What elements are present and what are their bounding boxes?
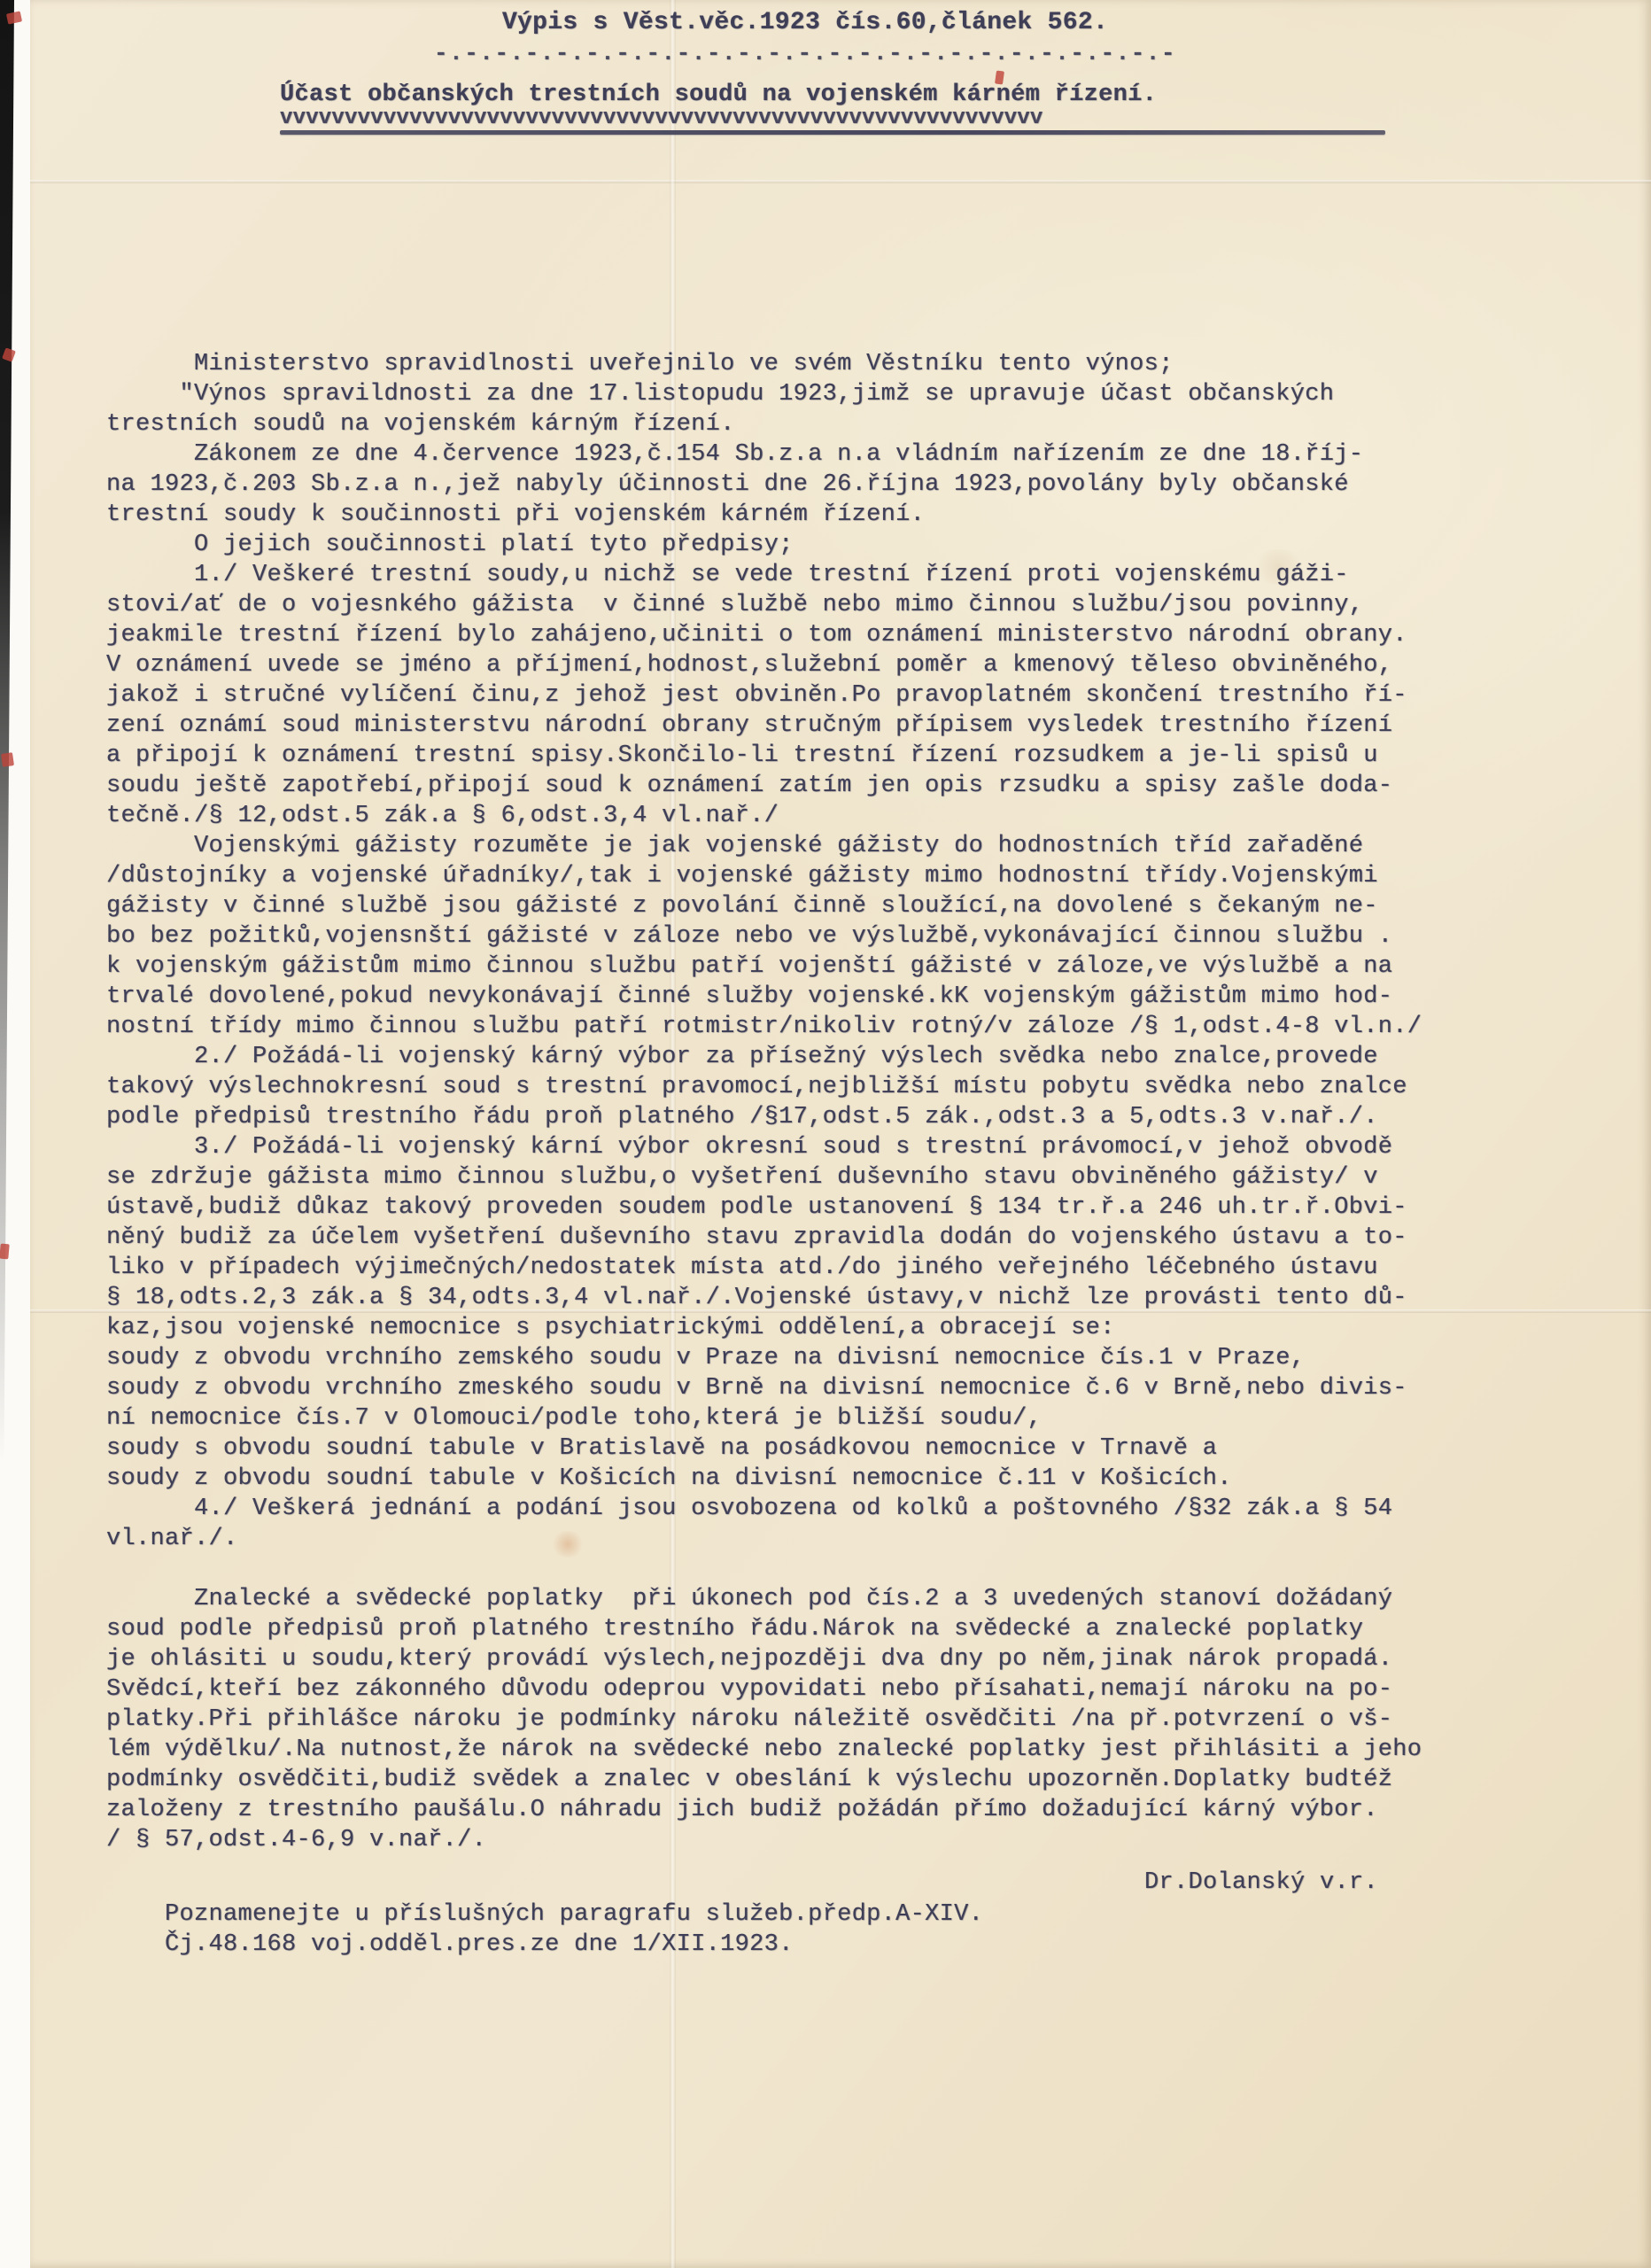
text-line: ústavě,budiž důkaz takový proveden soude… xyxy=(106,1192,1523,1223)
text-line: nostní třídy mimo činnou službu patří ro… xyxy=(106,1012,1523,1042)
text-line: na 1923,č.203 Sb.z.a n.,jež nabyly účinn… xyxy=(106,470,1523,500)
text-line: se zdržuje gážista mimo činnou službu,o … xyxy=(106,1162,1523,1192)
text-line: Ministerstvo spravidlnosti uveřejnilo ve… xyxy=(106,349,1523,379)
text-line: ní nemocnice čís.7 v Olomouci/podle toho… xyxy=(106,1403,1523,1433)
text-line: liko v případech výjimečných/nedostatek … xyxy=(106,1253,1523,1283)
title-underline-bar xyxy=(280,130,1385,135)
text-line: zení oznámí soud ministerstvu národní ob… xyxy=(106,711,1523,741)
text-line: soudu ještě zapotřebí,připojí soud k ozn… xyxy=(106,771,1523,801)
text-line: 1./ Veškeré trestní soudy,u nichž se ved… xyxy=(106,560,1523,590)
text-line: vl.nař./. xyxy=(106,1524,1523,1554)
text-line: /důstojníky a vojenské úřadníky/,tak i v… xyxy=(106,861,1523,891)
text-line: soudy z obvodu vrchního zemského soudu v… xyxy=(106,1343,1523,1373)
footer-reference: Čj.48.168 voj.odděl.pres.ze dne 1/XII.19… xyxy=(106,1930,1523,1960)
text-line: založeny z trestního paušálu.O náhradu j… xyxy=(106,1795,1523,1825)
text-line: Svědcí,kteří bez zákonného důvodu odepro… xyxy=(106,1674,1523,1705)
document-header: Výpis s Věst.věc.1923 čís.60,článek 562.… xyxy=(252,9,1359,66)
text-line: soudy z obvodu vrchního zmeského soudu v… xyxy=(106,1373,1523,1403)
red-ink-mark xyxy=(1,752,14,767)
text-line xyxy=(106,1554,1523,1584)
document-title: Účast občanských trestních soudů na voje… xyxy=(280,82,1396,108)
text-line: kaz,jsou vojenské nemocnice s psychiatri… xyxy=(106,1313,1523,1343)
text-line: gážisty v činné službě jsou gážisté z po… xyxy=(106,891,1523,921)
text-line: soudy s obvodu soudní tabule v Bratislav… xyxy=(106,1433,1523,1464)
text-line: 3./ Požádá-li vojenský kární výbor okres… xyxy=(106,1132,1523,1162)
text-line: soudy z obvodu soudní tabule v Košicích … xyxy=(106,1464,1523,1494)
red-ink-mark xyxy=(0,1244,10,1260)
document-title-block: Účast občanských trestních soudů na voje… xyxy=(280,82,1396,135)
text-line: je ohlásiti u soudu,který provádí výslec… xyxy=(106,1644,1523,1674)
footer-block: Poznamenejte u příslušných paragrafu slu… xyxy=(106,1899,1523,1960)
text-line: tečně./§ 12,odst.5 zák.a § 6,odst.3,4 vl… xyxy=(106,801,1523,831)
text-line: § 18,odts.2,3 zák.a § 34,odts.3,4 vl.nař… xyxy=(106,1283,1523,1313)
text-line: podmínky osvědčiti,budiž svědek a znalec… xyxy=(106,1765,1523,1795)
text-line: O jejich součinnosti platí tyto předpisy… xyxy=(106,530,1523,560)
text-line: bo bez požitků,vojensnští gážisté v zálo… xyxy=(106,921,1523,951)
text-line: takový výslechnokresní soud s trestní pr… xyxy=(106,1072,1523,1102)
text-line: 4./ Veškerá jednání a podání jsou osvobo… xyxy=(106,1494,1523,1524)
text-line: podle předpisů trestního řádu proň platn… xyxy=(106,1102,1523,1132)
text-line: trvalé dovolené,pokud nevykonávají činné… xyxy=(106,982,1523,1012)
text-line: stovi/ať de o vojesnkého gážista v činné… xyxy=(106,590,1523,620)
text-line: Vojenskými gážisty rozuměte je jak vojen… xyxy=(106,831,1523,861)
text-line: a připojí k oznámení trestní spisy.Skonč… xyxy=(106,741,1523,771)
text-line: jeakmile trestní řízení bylo zahájeno,uč… xyxy=(106,620,1523,650)
paper-sheet: Výpis s Věst.věc.1923 čís.60,článek 562.… xyxy=(30,0,1651,2268)
text-line: / § 57,odst.4-6,9 v.nař./. xyxy=(106,1825,1523,1855)
typed-text-layer: Výpis s Věst.věc.1923 čís.60,článek 562.… xyxy=(30,0,1651,2268)
text-line: platky.Při přihlášce nároku je podmínky … xyxy=(106,1705,1523,1735)
typed-divider: -.-.-.-.-.-.-.-.-.-.-.-.-.-.-.-.-.-.-.-.… xyxy=(252,40,1359,66)
title-underline-typed: vvvvvvvvvvvvvvvvvvvvvvvvvvvvvvvvvvvvvvvv… xyxy=(280,109,1396,128)
text-line: "Výnos spravildnosti za dne 17.listopudu… xyxy=(106,379,1523,409)
text-line: V oznámení uvede se jméno a příjmení,hod… xyxy=(106,650,1523,680)
scanned-document-page: Výpis s Věst.věc.1923 čís.60,článek 562.… xyxy=(0,0,1651,2268)
text-line: trestní soudy k součinnosti při vojenské… xyxy=(106,500,1523,530)
text-line: Zákonem ze dne 4.července 1923,č.154 Sb.… xyxy=(106,439,1523,470)
footer-note: Poznamenejte u příslušných paragrafu slu… xyxy=(106,1899,1523,1930)
text-line: k vojenským gážistům mimo činnou službu … xyxy=(106,951,1523,982)
text-line: trestních soudů na vojenském kárným říze… xyxy=(106,409,1523,439)
document-reference: Výpis s Věst.věc.1923 čís.60,článek 562. xyxy=(252,9,1359,36)
signature: Dr.Dolanský v.r. xyxy=(106,1868,1523,1898)
text-line: lém výdělku/.Na nutnost,že nárok na svěd… xyxy=(106,1735,1523,1765)
text-line: Znalecké a svědecké poplatky při úkonech… xyxy=(106,1584,1523,1614)
text-line: jakož i stručné vylíčení činu,z jehož je… xyxy=(106,680,1523,711)
text-line: soud podle předpisů proň platného trestn… xyxy=(106,1614,1523,1644)
text-line: něný budiž za účelem vyšetření duševního… xyxy=(106,1223,1523,1253)
text-line: 2./ Požádá-li vojenský kárný výbor za př… xyxy=(106,1042,1523,1072)
document-body: Ministerstvo spravidlnosti uveřejnilo ve… xyxy=(106,259,1523,1960)
